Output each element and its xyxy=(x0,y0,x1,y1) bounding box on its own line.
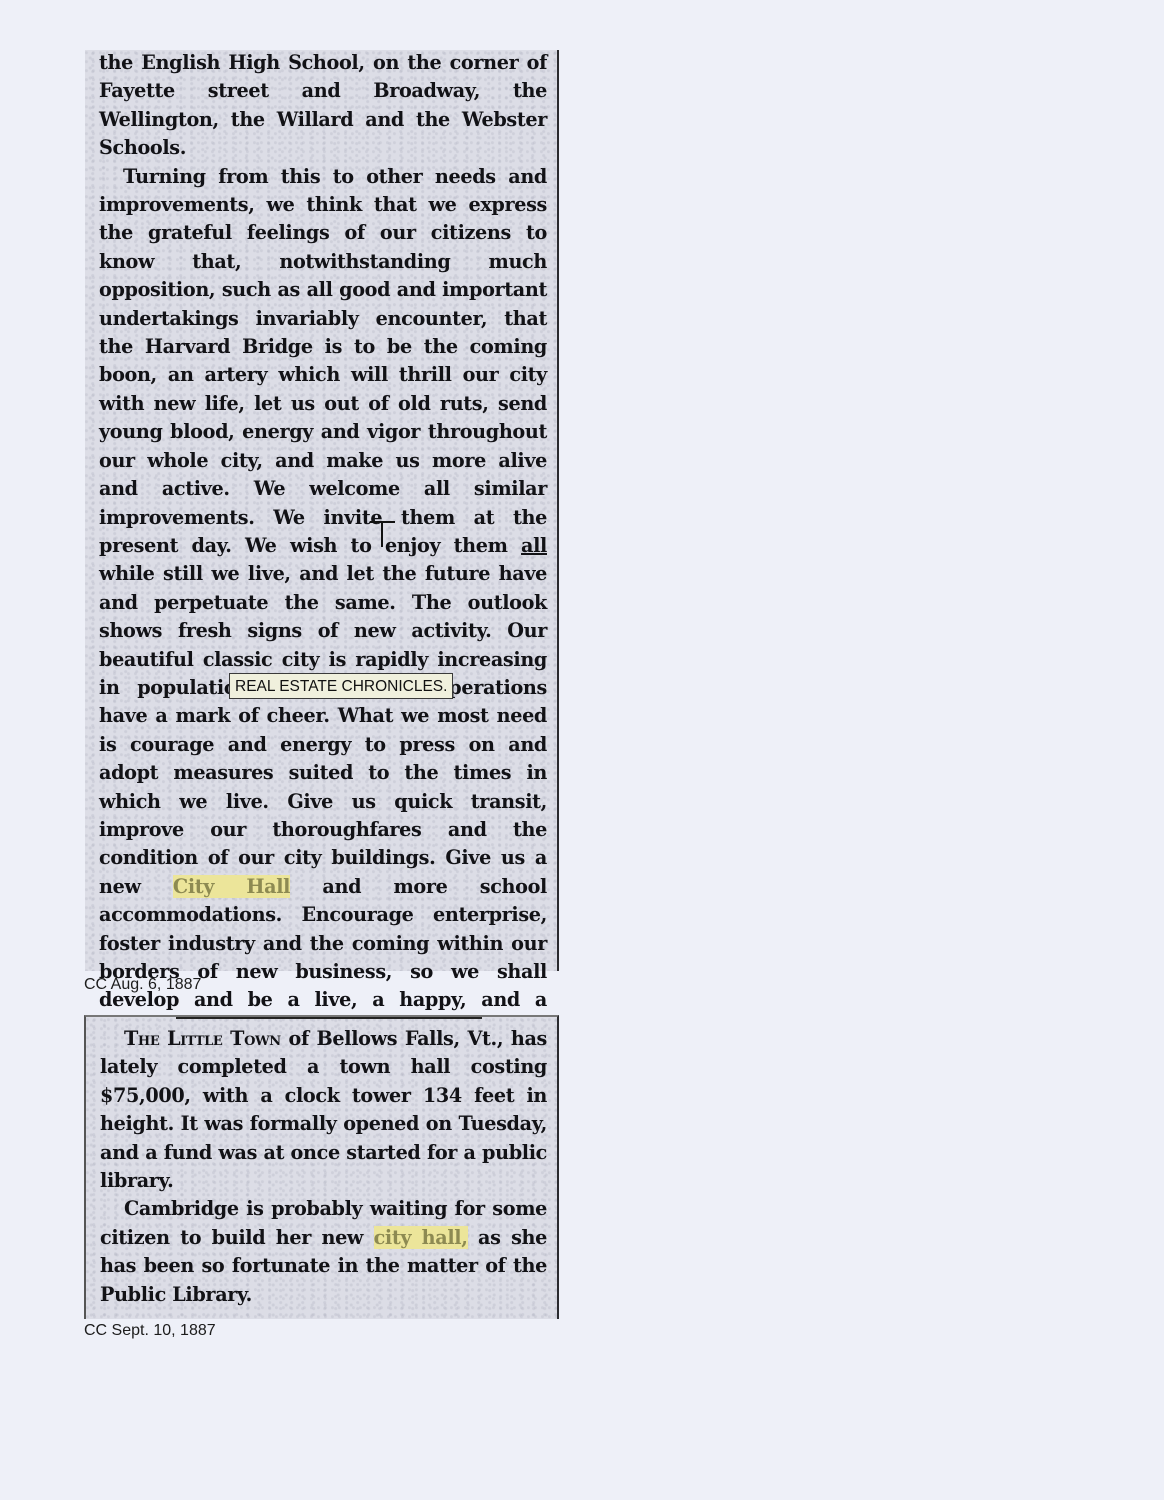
paragraph-text: of Bellows Falls, Vt., has lately comple… xyxy=(100,1027,547,1192)
newspaper-clipping-aug-1887: the English High School, on the corner o… xyxy=(85,50,559,971)
clipping-paragraph-1: The Little Town of Bellows Falls, Vt., h… xyxy=(100,1025,547,1195)
underlined-word: all xyxy=(521,534,547,557)
search-highlight[interactable]: City Hall xyxy=(173,875,290,898)
search-highlight[interactable]: city hall, xyxy=(374,1226,468,1249)
clipping-paragraph-2: Turning from this to other needs and imp… xyxy=(99,163,547,1044)
text-cursor-icon xyxy=(381,521,383,547)
clipping-body: The Little Town of Bellows Falls, Vt., h… xyxy=(100,1025,547,1309)
lead-in-smallcaps: The Little Town xyxy=(124,1027,281,1050)
paragraph-text: Turning from this to other needs and imp… xyxy=(99,165,547,557)
clipping-body: the English High School, on the corner o… xyxy=(99,49,547,1043)
clipping-paragraph-1: the English High School, on the corner o… xyxy=(99,49,547,163)
clipping-caption: CC Sept. 10, 1887 xyxy=(84,1322,216,1340)
hover-tooltip: REAL ESTATE CHRONICLES. xyxy=(229,673,453,699)
column-rule-divider xyxy=(176,1017,482,1019)
paragraph-text: while still we live, and let the future … xyxy=(99,562,547,897)
newspaper-clipping-sept-1887: The Little Town of Bellows Falls, Vt., h… xyxy=(84,1015,559,1319)
clipping-caption: CC Aug. 6, 1887 xyxy=(84,976,201,994)
clipping-paragraph-2: Cambridge is probably waiting for some c… xyxy=(100,1195,547,1309)
